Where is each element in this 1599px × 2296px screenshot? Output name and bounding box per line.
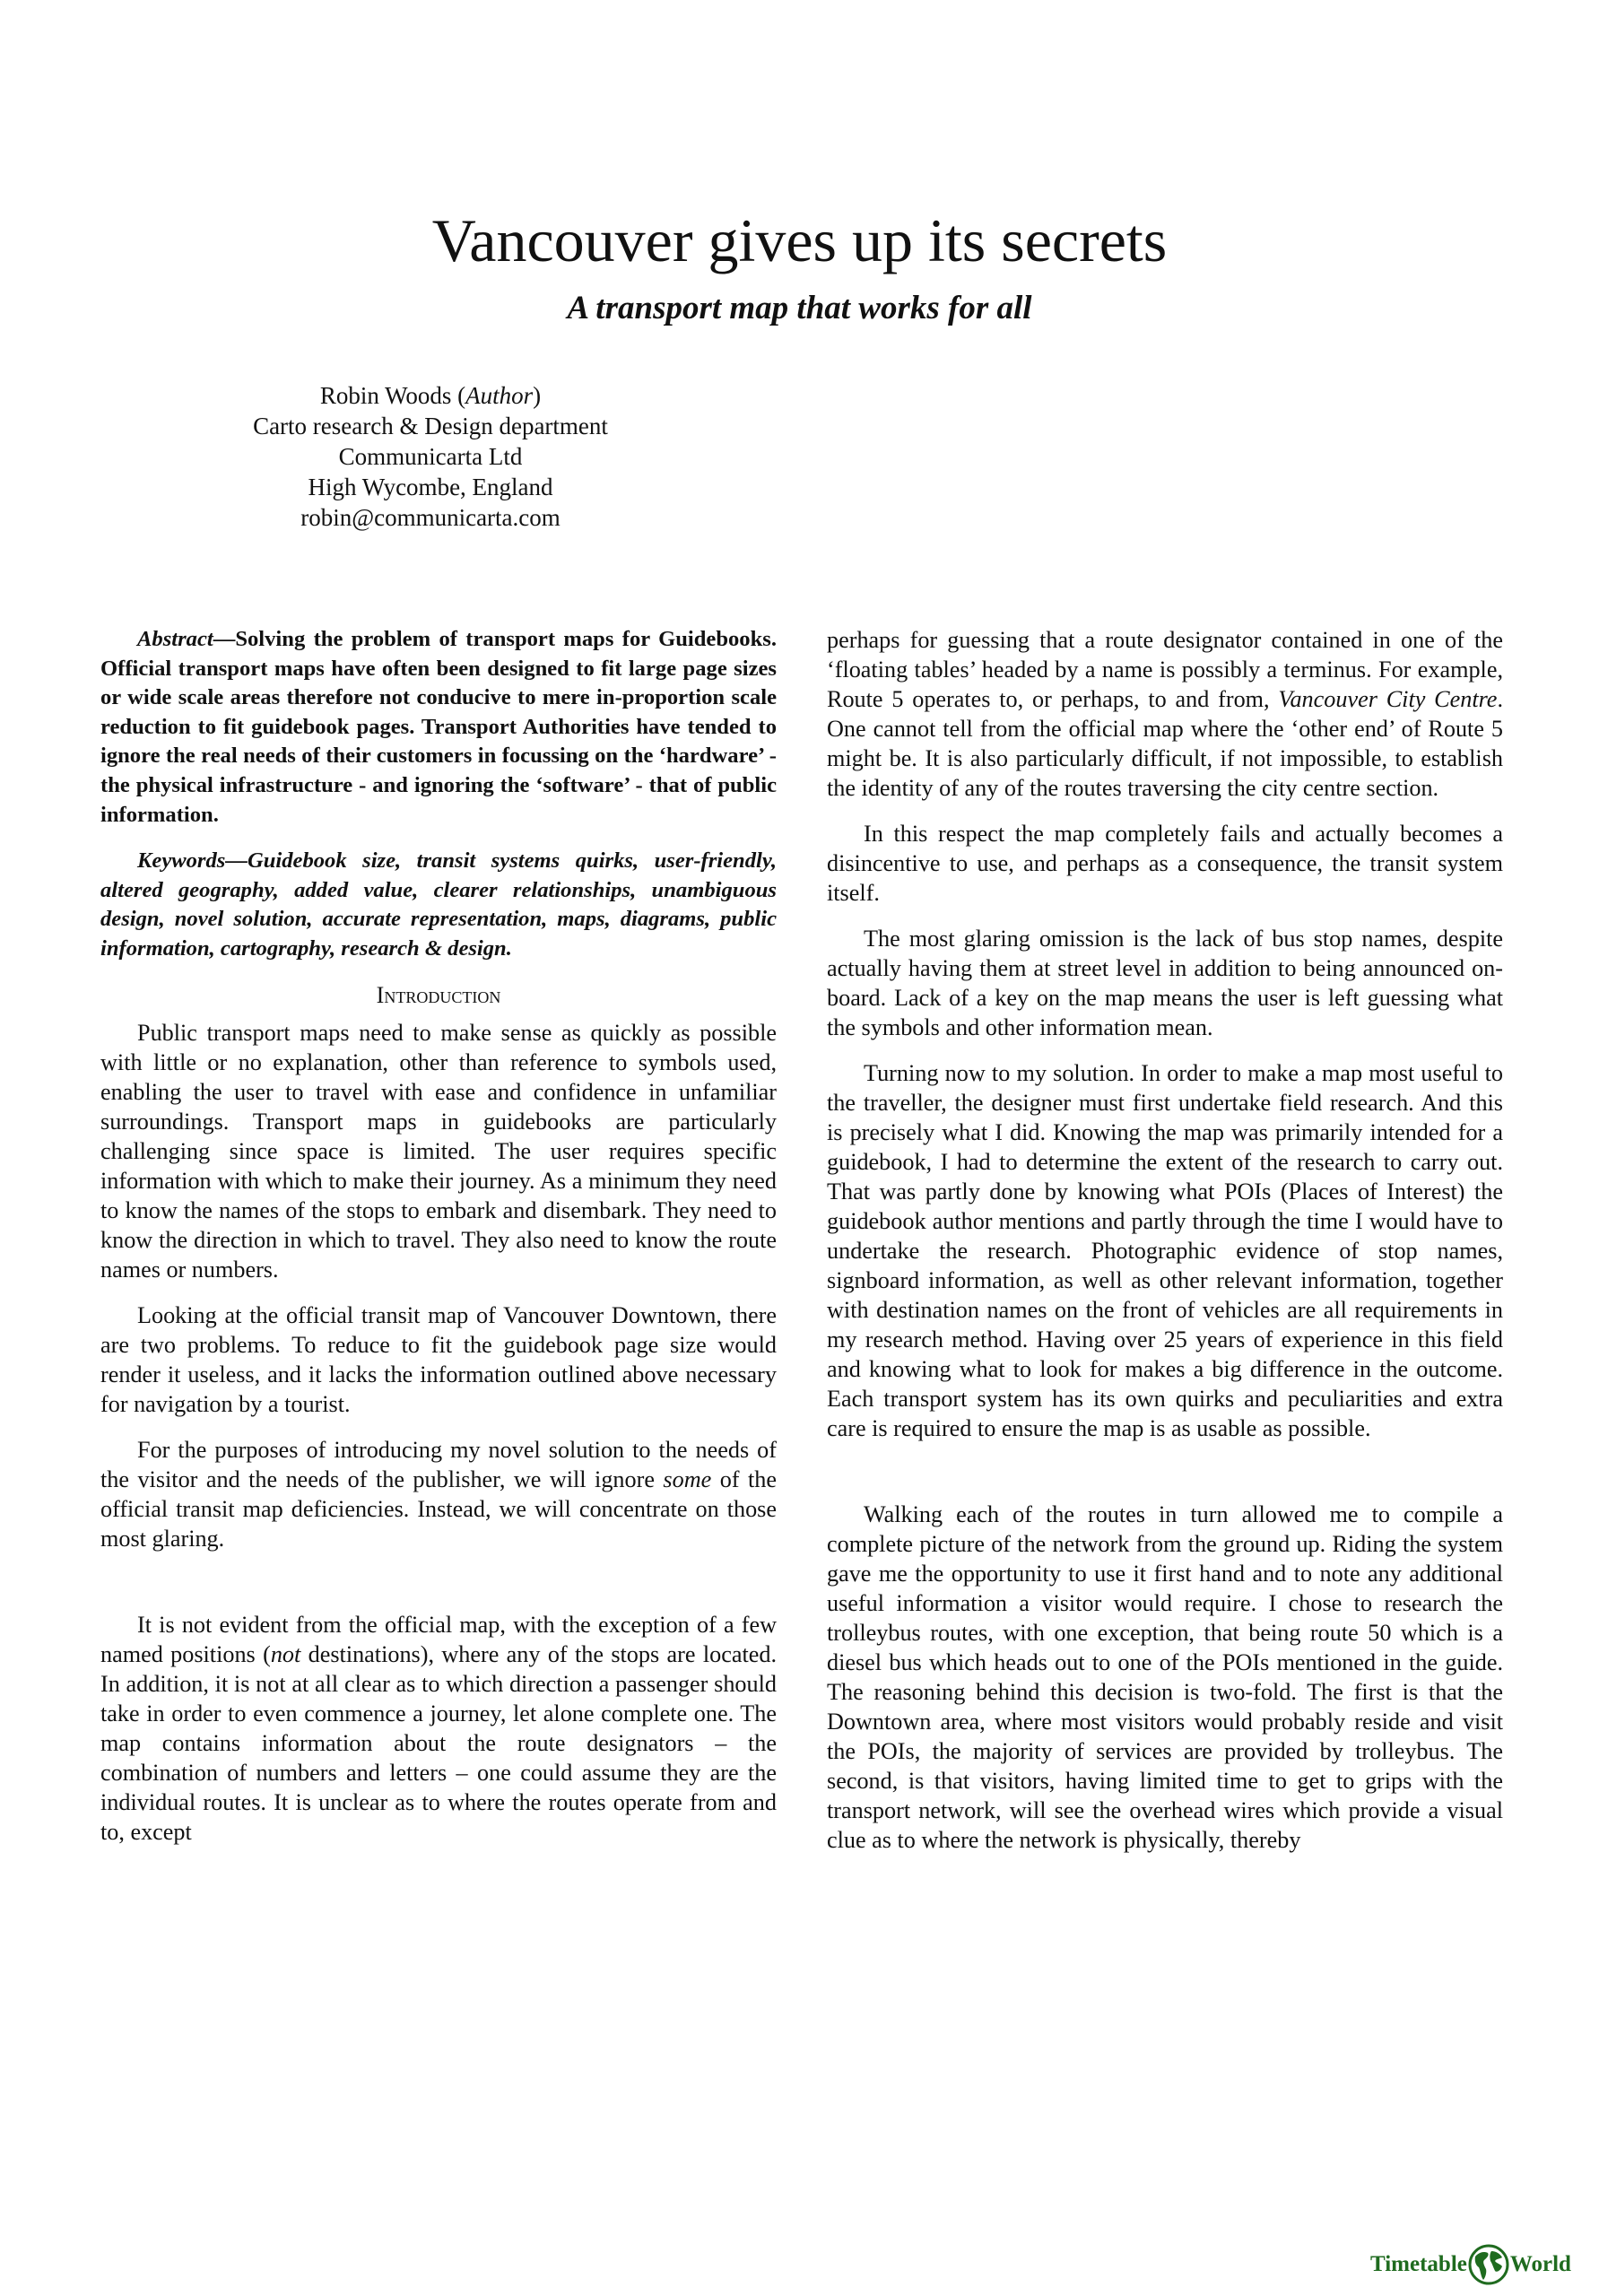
abstract-text: Solving the problem of transport maps fo… <box>100 627 777 827</box>
author-location: High Wycombe, England <box>206 472 655 502</box>
keywords: Keywords—Guidebook size, transit systems… <box>100 847 777 963</box>
body-paragraph: The most glaring omission is the lack of… <box>827 924 1503 1042</box>
section-heading-introduction: Introduction <box>100 982 777 1009</box>
abstract-label: Abstract <box>137 627 213 651</box>
author-company: Communicarta Ltd <box>206 441 655 472</box>
body-paragraph: Public transport maps need to make sense… <box>100 1018 777 1284</box>
body-paragraph: Turning now to my solution. In order to … <box>827 1058 1503 1443</box>
page-subtitle: A transport map that works for all <box>0 289 1599 328</box>
body-paragraph: perhaps for guessing that a route design… <box>827 625 1503 803</box>
body-paragraph: Looking at the official transit map of V… <box>100 1300 777 1419</box>
body-paragraph: For the purposes of introducing my novel… <box>100 1435 777 1553</box>
body-paragraph: Walking each of the routes in turn allow… <box>827 1500 1503 1855</box>
author-role: Author <box>465 382 533 409</box>
left-column: Abstract—Solving the problem of transpor… <box>100 625 777 1847</box>
timetable-world-logo: Timetable World <box>1370 2242 1571 2287</box>
author-email: robin@communicarta.com <box>206 502 655 533</box>
author-name-line: Robin Woods (Author) <box>206 380 655 411</box>
right-column: perhaps for guessing that a route design… <box>827 625 1503 1855</box>
globe-icon <box>1468 2244 1509 2285</box>
logo-text-right: World <box>1510 2252 1571 2277</box>
abstract: Abstract—Solving the problem of transpor… <box>100 625 777 830</box>
keywords-label: Keywords <box>137 848 225 873</box>
author-department: Carto research & Design department <box>206 411 655 441</box>
body-paragraph: It is not evident from the official map,… <box>100 1610 777 1847</box>
author-block: Robin Woods (Author) Carto research & De… <box>206 380 655 533</box>
logo-text-left: Timetable <box>1370 2252 1467 2277</box>
body-paragraph: In this respect the map completely fails… <box>827 819 1503 908</box>
page-title: Vancouver gives up its secrets <box>0 204 1599 276</box>
author-name: Robin Woods ( <box>320 382 465 409</box>
